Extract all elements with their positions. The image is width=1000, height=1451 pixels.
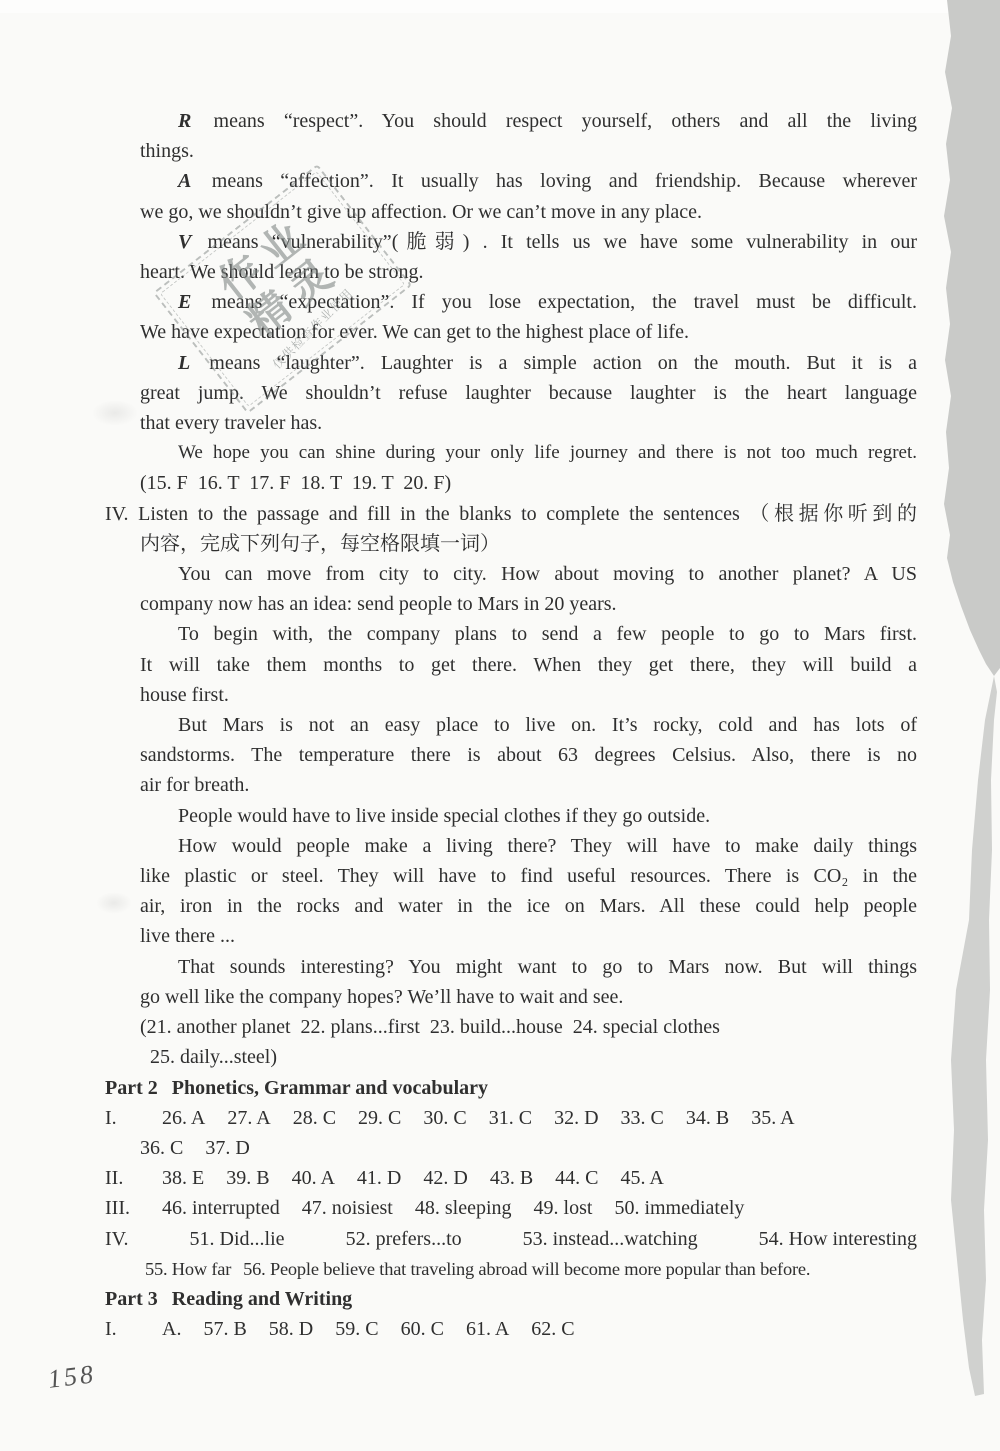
scan-smudge — [92, 400, 138, 426]
text-line: air, iron in the rocks and water in the … — [105, 891, 917, 921]
text-line: L means “laughter”. Laughter is a simple… — [105, 348, 917, 378]
text-line: go well like the company hopes? We’ll ha… — [105, 982, 917, 1012]
answer-item: 45. A — [621, 1163, 664, 1193]
answer-item: 47. noisiest — [302, 1193, 393, 1223]
text-line: like plastic or steel. They will have to… — [105, 861, 917, 891]
list-label: II. — [105, 1163, 140, 1193]
answer-item: 37. D — [205, 1133, 249, 1163]
answer-item: 38. E — [162, 1163, 204, 1193]
part-heading: Part 3Reading and Writing — [105, 1284, 917, 1314]
text-line: It will take them months to get there. W… — [105, 650, 917, 680]
answer-row: IV.51. Did...lie52. prefers...to53. inst… — [105, 1224, 917, 1254]
lead-letter: R — [178, 110, 194, 132]
answer-row: 55. How far56. People believe that trave… — [105, 1254, 917, 1284]
list-label: III. — [105, 1193, 140, 1223]
text-line: People would have to live inside special… — [105, 801, 917, 831]
text-line: live there ... — [105, 921, 917, 951]
answer-item: 30. C — [423, 1103, 466, 1133]
text-line: house first. — [105, 680, 917, 710]
text-line: 内容，完成下列句子，每空格限填一词） — [105, 529, 917, 559]
text-line: We hope you can shine during your only l… — [105, 438, 917, 468]
answer-item: 60. C — [401, 1314, 444, 1344]
text-line: company now has an idea: send people to … — [105, 589, 917, 619]
list-label: Part 2 — [105, 1077, 158, 1099]
lead-letter: L — [178, 352, 193, 374]
part-title: Reading and Writing — [172, 1288, 352, 1310]
answer-item: 50. immediately — [614, 1193, 744, 1223]
lead-letter: V — [178, 231, 194, 253]
lead-letter: A — [178, 170, 194, 192]
part-heading: Part 2Phonetics, Grammar and vocabulary — [105, 1073, 917, 1103]
answer-item: 59. C — [335, 1314, 378, 1344]
scan-smudge — [96, 892, 132, 914]
text-block: R means “respect”. You should respect yo… — [105, 106, 917, 1344]
list-label: Part 3 — [105, 1288, 158, 1310]
page-number: 158 — [46, 1359, 97, 1395]
answer-item: 33. C — [621, 1103, 664, 1133]
answer-item: 57. B — [203, 1314, 246, 1344]
answer-item: 32. D — [554, 1103, 598, 1133]
text-line: E means “expectation”. If you lose expec… — [105, 287, 917, 317]
answer-row: III.46. interrupted47. noisiest48. sleep… — [105, 1193, 917, 1223]
answer-row: I.26. A27. A28. C29. C30. C31. C32. D33.… — [105, 1103, 917, 1133]
answer-item: 29. C — [358, 1103, 401, 1133]
text-line: (15. F 16. T 17. F 18. T 19. T 20. F) — [105, 468, 917, 498]
list-label: I. — [105, 1314, 140, 1344]
text-line: We have expectation for ever. We can get… — [105, 317, 917, 347]
answer-row: I.A.57. B58. D59. C60. C61. A62. C — [105, 1314, 917, 1344]
text-line: things. — [105, 136, 917, 166]
text-line: great jump. We shouldn’t refuse laughter… — [105, 378, 917, 408]
answer-item: 42. D — [423, 1163, 467, 1193]
answer-item: 28. C — [293, 1103, 336, 1133]
answer-item: 56. People believe that traveling abroad… — [243, 1254, 810, 1284]
list-label: I. — [105, 1103, 140, 1133]
text-line: we go, we shouldn’t give up affection. O… — [105, 197, 917, 227]
text-line: You can move from city to city. How abou… — [105, 559, 917, 589]
answer-item: 36. C — [140, 1133, 183, 1163]
text-line: A means “affection”. It usually has lovi… — [105, 166, 917, 196]
text-line: But Mars is not an easy place to live on… — [105, 710, 917, 740]
answer-item: 48. sleeping — [415, 1193, 512, 1223]
text-line: that every traveler has. — [105, 408, 917, 438]
answer-item: 31. C — [489, 1103, 532, 1133]
page-top-edge — [0, 0, 1000, 13]
answer-item: 53. instead...watching — [523, 1224, 698, 1254]
answer-item: 62. C — [531, 1314, 574, 1344]
section-heading: IV. Listen to the passage and fill in th… — [105, 499, 917, 529]
answer-item: 40. A — [292, 1163, 335, 1193]
text-line: heart. We should learn to be strong. — [105, 257, 917, 287]
list-label: IV. — [105, 1224, 129, 1254]
text-line: To begin with, the company plans to send… — [105, 619, 917, 649]
answer-row: II.38. E39. B40. A41. D42. D43. B44. C45… — [105, 1163, 917, 1193]
answer-item: 39. B — [226, 1163, 269, 1193]
answer-item: 55. How far — [145, 1254, 231, 1284]
text-line: How would people make a living there? Th… — [105, 831, 917, 861]
answer-item: 51. Did...lie — [190, 1224, 285, 1254]
text-line: 25. daily...steel) — [105, 1042, 917, 1072]
answer-item: 41. D — [357, 1163, 401, 1193]
text-line: V means “vulnerability”(脆弱) . It tells u… — [105, 227, 917, 257]
text-line: sandstorms. The temperature there is abo… — [105, 740, 917, 770]
text-line: (21. another planet 22. plans...first 23… — [105, 1012, 917, 1042]
answer-item: 27. A — [227, 1103, 270, 1133]
answer-item: 44. C — [555, 1163, 598, 1193]
scanned-page: R means “respect”. You should respect yo… — [0, 0, 1000, 1451]
answer-item: 26. A — [162, 1103, 205, 1133]
answer-item: 61. A — [466, 1314, 509, 1344]
answer-item: 43. B — [490, 1163, 533, 1193]
answer-item: 49. lost — [534, 1193, 593, 1223]
lead-letter: E — [178, 291, 194, 313]
text-line: R means “respect”. You should respect yo… — [105, 106, 917, 136]
answer-row: 36. C37. D — [105, 1133, 917, 1163]
answer-item: 35. A — [751, 1103, 794, 1133]
answer-item: 52. prefers...to — [346, 1224, 462, 1254]
answer-item: 46. interrupted — [162, 1193, 280, 1223]
answer-item: 58. D — [269, 1314, 313, 1344]
answer-item: 34. B — [686, 1103, 729, 1133]
answer-item: A. — [162, 1314, 181, 1344]
text-line: That sounds interesting? You might want … — [105, 952, 917, 982]
text-line: air for breath. — [105, 770, 917, 800]
answer-item: 54. How interesting — [759, 1224, 917, 1254]
part-title: Phonetics, Grammar and vocabulary — [172, 1077, 488, 1099]
